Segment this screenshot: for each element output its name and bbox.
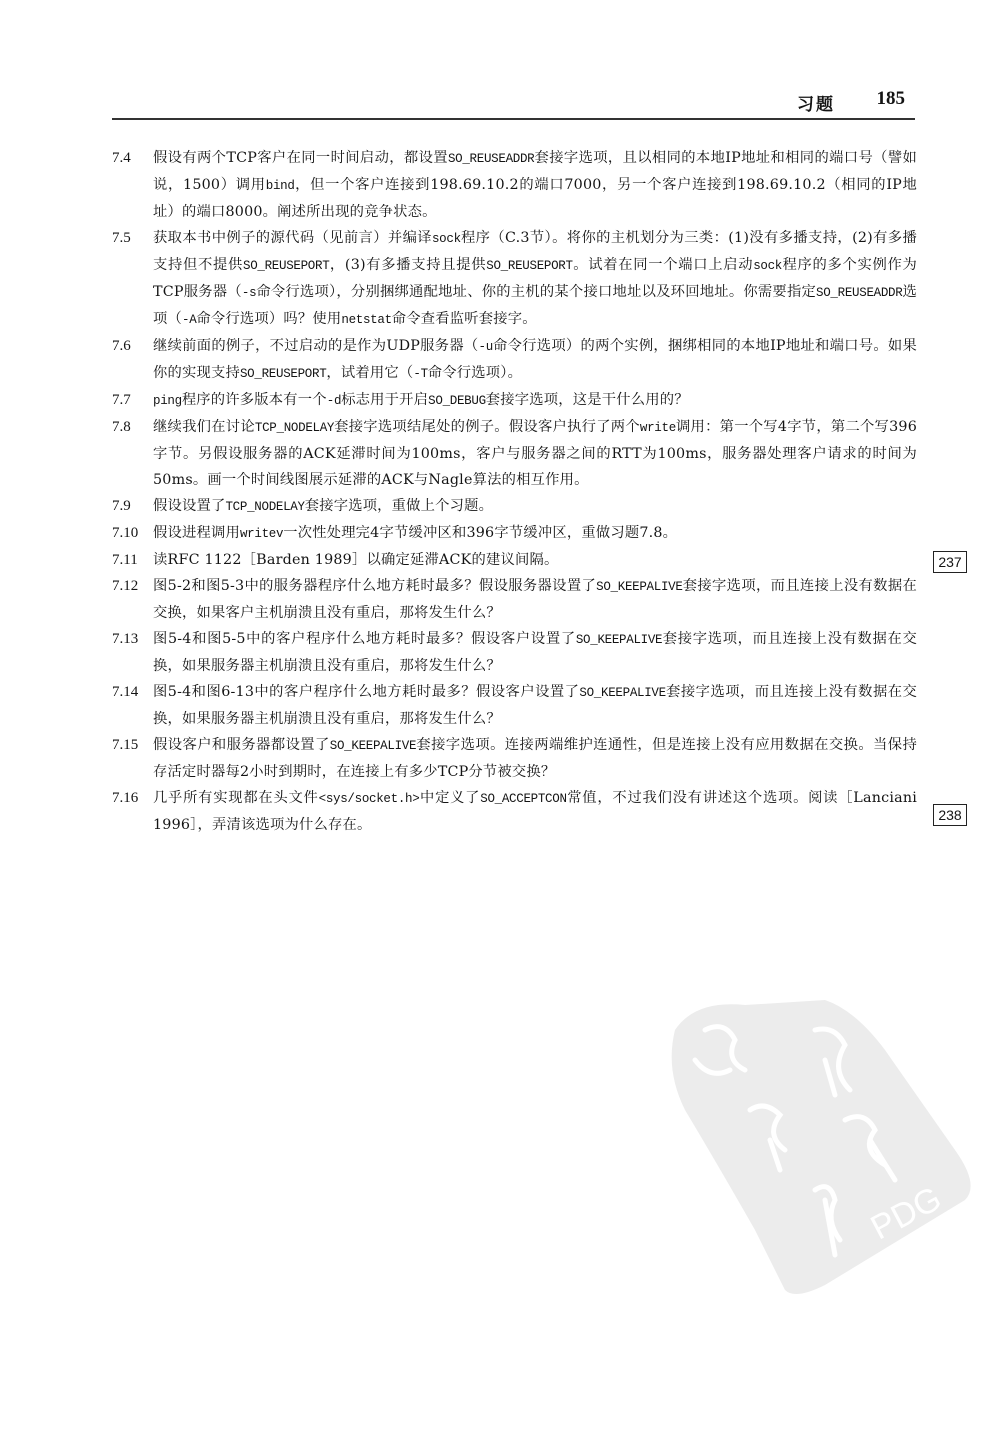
code-identifier: SO_REUSEPORT — [243, 259, 329, 273]
exercise-number: 7.16 — [112, 785, 138, 811]
text-run: 命令查看监听套接字。 — [392, 311, 537, 327]
code-identifier: SO_KEEPALIVE — [576, 633, 662, 647]
code-identifier: ping — [153, 394, 182, 408]
code-identifier: sock — [432, 232, 461, 246]
code-identifier: <sys/socket.h> — [319, 792, 420, 806]
text-run: 程序的许多版本有一个 — [182, 392, 327, 408]
exercise-item: 7.10假设进程调用writev一次性处理完4字节缓冲区和396字节缓冲区，重做… — [112, 520, 917, 547]
exercise-number: 7.15 — [112, 732, 138, 758]
exercise-number: 7.6 — [112, 333, 131, 359]
exercise-item: 7.11读RFC 1122［Barden 1989］以确定延滞ACK的建议间隔。 — [112, 547, 917, 573]
code-identifier: TCP_NODELAY — [225, 500, 304, 514]
exercise-number: 7.9 — [112, 493, 131, 519]
text-run: 中定义了 — [419, 790, 480, 806]
text-run: 读RFC 1122［Barden 1989］以确定延滞ACK的建议间隔。 — [153, 552, 558, 568]
text-run: 套接字选项，重做上个习题。 — [305, 498, 493, 514]
text-run: 一次性处理完4字节缓冲区和396字节缓冲区，重做习题7.8。 — [283, 525, 677, 541]
code-identifier: SO_KEEPALIVE — [596, 580, 682, 594]
code-identifier: -u — [479, 340, 493, 354]
code-identifier: SO_ACCEPTCON — [480, 792, 566, 806]
exercise-text: 假设进程调用writev一次性处理完4字节缓冲区和396字节缓冲区，重做习题7.… — [153, 520, 917, 547]
text-run: 套接字选项，这是干什么用的？ — [486, 392, 689, 408]
text-run: 图5-4和图5-5中的客户程序什么地方耗时最多？假设客户设置了 — [153, 631, 576, 647]
exercise-text: 假设有两个TCP客户在同一时间启动，都设置SO_REUSEADDR套接字选项，且… — [153, 145, 917, 225]
code-identifier: SO_REUSEPORT — [486, 259, 572, 273]
exercise-text: 假设设置了TCP_NODELAY套接字选项，重做上个习题。 — [153, 493, 917, 520]
exercise-item: 7.6继续前面的例子，不过启动的是作为UDP服务器（-u命令行选项）的两个实例，… — [112, 333, 917, 387]
margin-page-ref: 237 — [933, 551, 967, 573]
exercise-number: 7.11 — [112, 547, 138, 573]
exercise-item: 7.15假设客户和服务器都设置了SO_KEEPALIVE套接字选项。连接两端维护… — [112, 732, 917, 785]
exercise-item: 7.7ping程序的许多版本有一个-d标志用于开启SO_DEBUG套接字选项，这… — [112, 387, 917, 414]
text-run: 图5-2和图5-3中的服务器程序什么地方耗时最多？假设服务器设置了 — [153, 578, 596, 594]
exercise-text: 读RFC 1122［Barden 1989］以确定延滞ACK的建议间隔。 — [153, 547, 917, 573]
exercise-item: 7.16几乎所有实现都在头文件<sys/socket.h>中定义了SO_ACCE… — [112, 785, 917, 838]
text-run: 套接字选项结尾处的例子。假设客户执行了两个 — [334, 419, 640, 435]
exercise-list: 7.4假设有两个TCP客户在同一时间启动，都设置SO_REUSEADDR套接字选… — [112, 145, 917, 838]
text-run: 继续我们在讨论 — [153, 419, 255, 435]
exercise-number: 7.12 — [112, 573, 138, 599]
text-run: ，(3)有多播支持且提供 — [329, 257, 486, 273]
code-identifier: SO_KEEPALIVE — [330, 739, 416, 753]
text-run: 标志用于开启 — [341, 392, 428, 408]
margin-page-ref: 238 — [933, 804, 967, 826]
exercise-text: ping程序的许多版本有一个-d标志用于开启SO_DEBUG套接字选项，这是干什… — [153, 387, 917, 414]
section-title: 习题 — [797, 90, 835, 115]
code-identifier: SO_REUSEPORT — [240, 367, 326, 381]
exercise-item: 7.5获取本书中例子的源代码（见前言）并编译sock程序（C.3节）。将你的主机… — [112, 225, 917, 333]
exercise-text: 获取本书中例子的源代码（见前言）并编译sock程序（C.3节）。将你的主机划分为… — [153, 225, 917, 333]
exercise-text: 图5-4和图6-13中的客户程序什么地方耗时最多？假设客户设置了SO_KEEPA… — [153, 679, 917, 732]
code-identifier: SO_REUSEADDR — [816, 286, 902, 300]
code-identifier: bind — [266, 179, 295, 193]
code-identifier: write — [640, 421, 676, 435]
text-run: 命令行选项），分别捆绑通配地址、你的主机的某个接口地址以及环回地址。你需要指定 — [256, 284, 816, 300]
code-identifier: sock — [753, 259, 782, 273]
exercise-text: 继续我们在讨论TCP_NODELAY套接字选项结尾处的例子。假设客户执行了两个w… — [153, 414, 917, 493]
text-run: 命令行选项）。 — [428, 365, 522, 381]
text-run: 假设客户和服务器都设置了 — [153, 737, 330, 753]
page-number: 185 — [877, 88, 906, 110]
exercise-item: 7.13图5-4和图5-5中的客户程序什么地方耗时最多？假设客户设置了SO_KE… — [112, 626, 917, 679]
text-run: 假设进程调用 — [153, 525, 240, 541]
exercise-item: 7.14图5-4和图6-13中的客户程序什么地方耗时最多？假设客户设置了SO_K… — [112, 679, 917, 732]
text-run: 继续前面的例子，不过启动的是作为UDP服务器（ — [153, 338, 479, 354]
text-run: 图5-4和图6-13中的客户程序什么地方耗时最多？假设客户设置了 — [153, 684, 579, 700]
code-identifier: -A — [182, 313, 196, 327]
text-run: 几乎所有实现都在头文件 — [153, 790, 319, 806]
exercise-number: 7.5 — [112, 225, 131, 251]
exercise-text: 假设客户和服务器都设置了SO_KEEPALIVE套接字选项。连接两端维护连通性，… — [153, 732, 917, 785]
exercise-number: 7.10 — [112, 520, 138, 546]
code-identifier: writev — [240, 527, 283, 541]
exercise-text: 图5-2和图5-3中的服务器程序什么地方耗时最多？假设服务器设置了SO_KEEP… — [153, 573, 917, 626]
code-identifier: netstat — [341, 313, 391, 327]
code-identifier: SO_REUSEADDR — [448, 152, 534, 166]
text-run: 假设设置了 — [153, 498, 225, 514]
exercise-text: 图5-4和图5-5中的客户程序什么地方耗时最多？假设客户设置了SO_KEEPAL… — [153, 626, 917, 679]
exercise-number: 7.7 — [112, 387, 131, 413]
exercise-number: 7.14 — [112, 679, 138, 705]
text-run: 。试着在同一个端口上启动 — [573, 257, 754, 273]
exercise-text: 几乎所有实现都在头文件<sys/socket.h>中定义了SO_ACCEPTCO… — [153, 785, 917, 838]
exercise-number: 7.8 — [112, 414, 131, 440]
exercise-text: 继续前面的例子，不过启动的是作为UDP服务器（-u命令行选项）的两个实例，捆绑相… — [153, 333, 917, 387]
code-identifier: -d — [327, 394, 341, 408]
code-identifier: -s — [242, 286, 256, 300]
text-run: ，试着用它（ — [326, 365, 413, 381]
code-identifier: SO_DEBUG — [428, 394, 486, 408]
watermark-seal-icon: PDG — [655, 1000, 975, 1300]
exercise-item: 7.9假设设置了TCP_NODELAY套接字选项，重做上个习题。 — [112, 493, 917, 520]
exercise-number: 7.4 — [112, 145, 131, 171]
code-identifier: SO_KEEPALIVE — [579, 686, 665, 700]
exercise-item: 7.8继续我们在讨论TCP_NODELAY套接字选项结尾处的例子。假设客户执行了… — [112, 414, 917, 493]
exercise-item: 7.4假设有两个TCP客户在同一时间启动，都设置SO_REUSEADDR套接字选… — [112, 145, 917, 225]
exercise-number: 7.13 — [112, 626, 138, 652]
text-run: 假设有两个TCP客户在同一时间启动，都设置 — [153, 150, 448, 166]
text-run: 命令行选项）吗？使用 — [196, 311, 341, 327]
page-header: 习题 185 — [112, 88, 915, 120]
exercise-item: 7.12图5-2和图5-3中的服务器程序什么地方耗时最多？假设服务器设置了SO_… — [112, 573, 917, 626]
code-identifier: TCP_NODELAY — [255, 421, 334, 435]
code-identifier: -T — [413, 367, 427, 381]
text-run: 获取本书中例子的源代码（见前言）并编译 — [153, 230, 432, 246]
